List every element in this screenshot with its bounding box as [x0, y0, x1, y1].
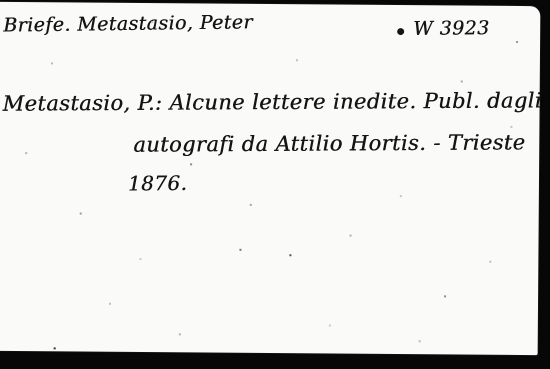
entry-line-1: Metastasio, P.: Alcune lettere inedite. …: [3, 88, 542, 115]
entry-line-3: 1876.: [128, 171, 187, 196]
entry-line-2: autografi da Attilio Hortis. - Trieste: [133, 130, 525, 156]
card-heading: Briefe. Metastasio, Peter: [3, 11, 253, 36]
catalog-card: Briefe. Metastasio, Peter W 3923 Metasta…: [0, 2, 540, 355]
bullet-dot-icon: [397, 28, 404, 35]
shelfmark-number: W 3923: [413, 17, 490, 40]
shelfmark: W 3923: [397, 17, 489, 40]
scanner-background: Briefe. Metastasio, Peter W 3923 Metasta…: [0, 0, 550, 369]
